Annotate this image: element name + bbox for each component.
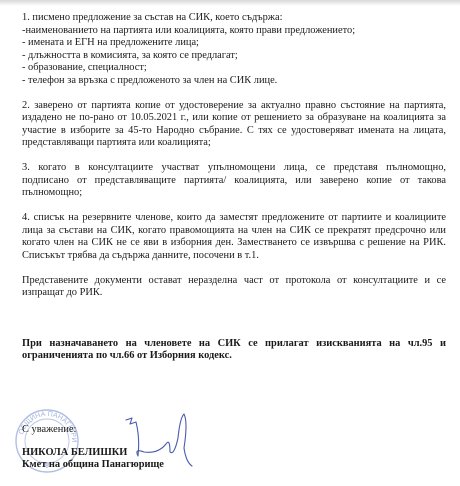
handwritten-signature-icon [118,408,198,468]
item-1-heading: 1. писмено предложение за състав на СИК,… [22,12,446,25]
item-3-line: пълномощно; [22,187,446,200]
item-1: 1. писмено предложение за състав на СИК,… [22,12,446,87]
item-4-line: лица за състави на СИК, когато правомощи… [22,225,446,238]
bold-note-line: При назначаването на членовете на СИК се… [22,338,446,351]
item-3: 3. когато в консултациите участват упълн… [22,162,446,200]
item-4: 4. списък на резервните членове, които д… [22,212,446,262]
document-body: 1. писмено предложение за състав на СИК,… [22,12,446,375]
closing-note: Представените документи остават нераздел… [22,275,446,300]
item-1-bullet: - телефон за връзка с предложеното за чл… [22,75,446,88]
item-1-bullet: -наименованието на партията или коалиция… [22,25,446,38]
item-1-bullet: - имената и ЕГН на предложените лица; [22,37,446,50]
bold-note: При назначаването на членовете на СИК се… [22,338,446,363]
closing-note-line: изпращат до РИК. [22,287,446,300]
item-3-line: подписано от представляващите партията/ … [22,175,446,188]
item-2-line: 2. заверено от партията копие от удостов… [22,100,446,113]
item-1-bullet: - образование, специалност; [22,62,446,75]
item-2-line: представляващи партията или коалицията; [22,137,446,150]
item-1-bullet: - длъжността в комисията, за която се пр… [22,50,446,63]
item-2-line: участие в изборите за 45-то Народно събр… [22,125,446,138]
closing-note-line: Представените документи остават нераздел… [22,275,446,288]
bold-note-line: ограниченията по чл.66 от Изборния кодек… [22,350,446,363]
item-4-line: когато член на СИК не се яви в изборния … [22,237,446,250]
item-2-line: издадено не по-рано от 10.05.2021 г., ил… [22,112,446,125]
item-4-line: Списъкът трябва да съдържа данните, посо… [22,250,446,263]
page-top-shadow [0,0,460,6]
item-2: 2. заверено от партията копие от удостов… [22,100,446,150]
item-4-line: 4. списък на резервните членове, които д… [22,212,446,225]
item-3-line: 3. когато в консултациите участват упълн… [22,162,446,175]
